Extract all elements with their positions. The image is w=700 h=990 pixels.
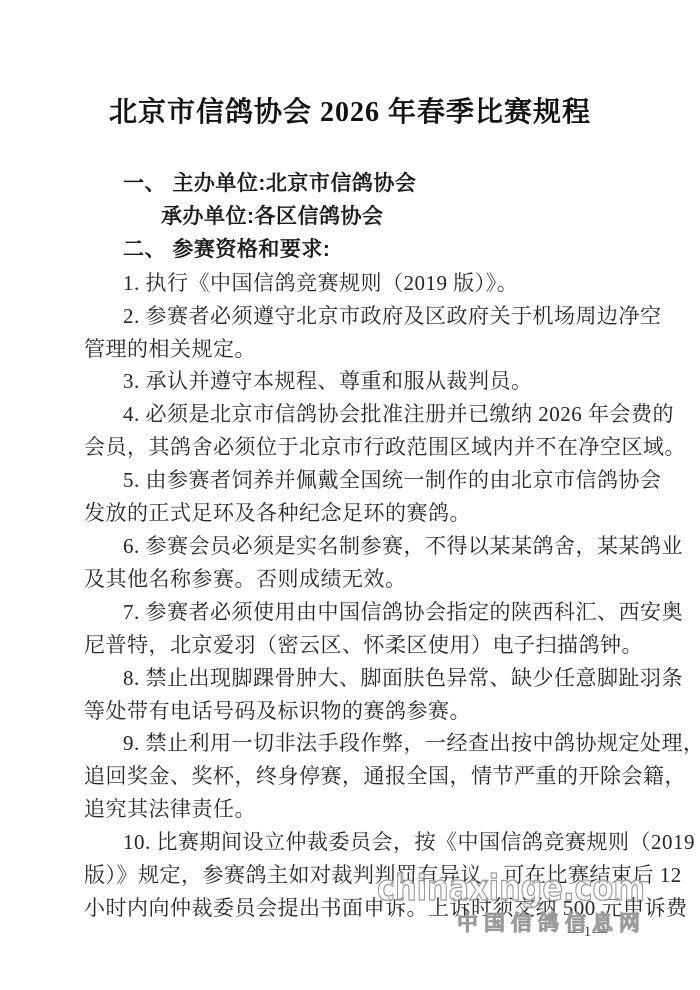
document-title: 北京市信鸽协会 2026 年春季比赛规程 <box>0 94 700 132</box>
doc-line: 9. 禁止利用一切非法手段作弊，一经查出按中鸽协规定处理， <box>84 727 624 760</box>
doc-line: 追回奖金、奖杯，终身停赛，通报全国，情节严重的开除会籍， <box>84 760 624 793</box>
doc-line: 5. 由参赛者饲养并佩戴全国统一制作的由北京市信鸽协会 <box>84 464 624 497</box>
doc-line: 10. 比赛期间设立仲裁委员会，按《中国信鸽竞赛规则（2019 <box>84 826 624 859</box>
doc-line: 承办单位:各区信鸽协会 <box>84 201 624 234</box>
doc-line: 版）》规定，参赛鸽主如对裁判判罚有异议，可在比赛结束后 12 <box>84 859 624 892</box>
doc-line: 管理的相关规定。 <box>84 333 624 366</box>
doc-line: 6. 参赛会员必须是实名制参赛，不得以某某鸽舍，某某鸽业 <box>84 530 624 563</box>
doc-line: 二、 参赛资格和要求: <box>84 234 624 267</box>
doc-line: 发放的正式足环及各种纪念足环的赛鸽。 <box>84 497 624 530</box>
doc-line: 及其他名称参赛。否则成绩无效。 <box>84 563 624 596</box>
doc-line: 2. 参赛者必须遵守北京市政府及区政府关于机场周边净空 <box>84 300 624 333</box>
doc-line: 追究其法律责任。 <box>84 793 624 826</box>
doc-line: 小时内向仲裁委员会提出书面申诉。上诉时须交纳 500 元申诉费 <box>84 892 624 925</box>
document-page: 北京市信鸽协会 2026 年春季比赛规程 一、 主办单位:北京市信鸽协会承办单位… <box>0 0 700 990</box>
doc-line: 一、 主办单位:北京市信鸽协会 <box>84 168 624 201</box>
doc-line: 4. 必须是北京市信鸽协会批准注册并已缴纳 2026 年会费的 <box>84 398 624 431</box>
doc-line: 1. 执行《中国信鸽竞赛规则（2019 版）》。 <box>84 267 624 300</box>
doc-line: 8. 禁止出现脚踝骨肿大、脚面肤色异常、缺少任意脚趾羽条 <box>84 662 624 695</box>
doc-line: 尼普特，北京爱羽（密云区、怀柔区使用）电子扫描鸽钟。 <box>84 629 624 662</box>
document-body: 一、 主办单位:北京市信鸽协会承办单位:各区信鸽协会二、 参赛资格和要求:1. … <box>84 168 624 925</box>
doc-line: 3. 承认并遵守本规程、尊重和服从裁判员。 <box>84 365 624 398</box>
page-number: —1— <box>552 924 624 941</box>
doc-line: 会员，其鸽舍必须位于北京市行政范围区域内并不在净空区域。 <box>84 431 624 464</box>
doc-line: 7. 参赛者必须使用由中国信鸽协会指定的陕西科汇、西安奥 <box>84 596 624 629</box>
doc-line: 等处带有电话号码及标识物的赛鸽参赛。 <box>84 695 624 728</box>
